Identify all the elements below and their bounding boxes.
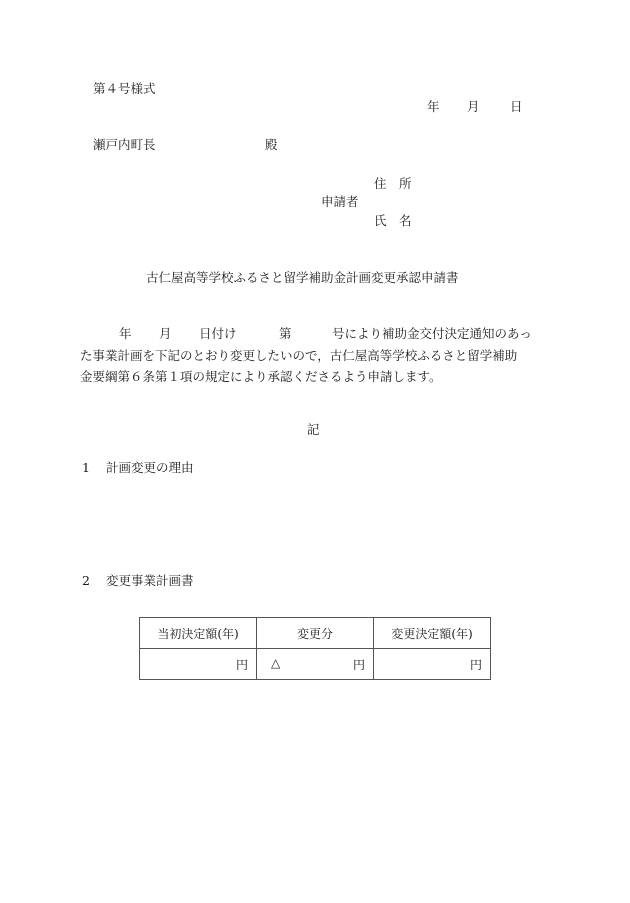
header-initial-amount: 当初決定額(年) xyxy=(140,618,257,649)
body-no-prefix: 第 xyxy=(279,323,332,345)
body-month: 月 xyxy=(159,323,199,345)
body-line1-rest: 号により補助金交付決定通知のあっ xyxy=(332,326,532,341)
section-2-number: 2 xyxy=(82,573,106,589)
applicant-address-label: 住 所 xyxy=(374,176,412,192)
date-line: 年月日 xyxy=(427,99,523,115)
body-dated: 日付け xyxy=(199,323,279,345)
paragraph-line-1: 年月日付け第号により補助金交付決定通知のあっ xyxy=(80,323,560,345)
addressee-honorific: 殿 xyxy=(265,137,278,153)
date-year-label: 年 xyxy=(427,99,467,115)
section-2: 2変更事業計画書 xyxy=(82,573,194,589)
applicant-label: 申請者 xyxy=(321,194,359,210)
section-1-number: 1 xyxy=(82,460,106,476)
paragraph-line-3: 金要綱第６条第１項の規定により承認くださるよう申請します。 xyxy=(80,366,560,388)
form-number: 第４号様式 xyxy=(93,81,156,97)
date-month-label: 月 xyxy=(467,99,510,115)
body-year: 年 xyxy=(119,323,159,345)
request-paragraph: 年月日付け第号により補助金交付決定通知のあっ た事業計画を下記のとおり変更したい… xyxy=(80,323,560,388)
initial-unit: 円 xyxy=(236,658,248,672)
header-final-amount: 変更決定額(年) xyxy=(374,618,491,649)
table-row: 円 △円 円 xyxy=(140,649,491,680)
change-unit: 円 xyxy=(353,656,365,673)
document-title: 古仁屋高等学校ふるさと留学補助金計画変更承認申請書 xyxy=(146,270,459,286)
section-1-title: 計画変更の理由 xyxy=(106,460,194,475)
date-day-label: 日 xyxy=(510,99,523,115)
table-header-row: 当初決定額(年) 変更分 変更決定額(年) xyxy=(140,618,491,649)
change-plan-table: 当初決定額(年) 変更分 変更決定額(年) 円 △円 円 xyxy=(139,617,491,680)
cell-change-amount[interactable]: △円 xyxy=(257,649,374,680)
paragraph-line-2: た事業計画を下記のとおり変更したいので，古仁屋高等学校ふるさと留学補助 xyxy=(80,345,560,367)
header-change: 変更分 xyxy=(257,618,374,649)
final-unit: 円 xyxy=(470,658,482,672)
cell-initial-amount[interactable]: 円 xyxy=(140,649,257,680)
applicant-name-label: 氏 名 xyxy=(374,213,412,229)
addressee-name: 瀬戸内町長 xyxy=(93,137,156,153)
section-1: 1計画変更の理由 xyxy=(82,460,194,476)
section-2-title: 変更事業計画書 xyxy=(106,573,194,588)
cell-final-amount[interactable]: 円 xyxy=(374,649,491,680)
ki-heading: 記 xyxy=(307,422,320,438)
triangle-icon: △ xyxy=(265,656,335,670)
